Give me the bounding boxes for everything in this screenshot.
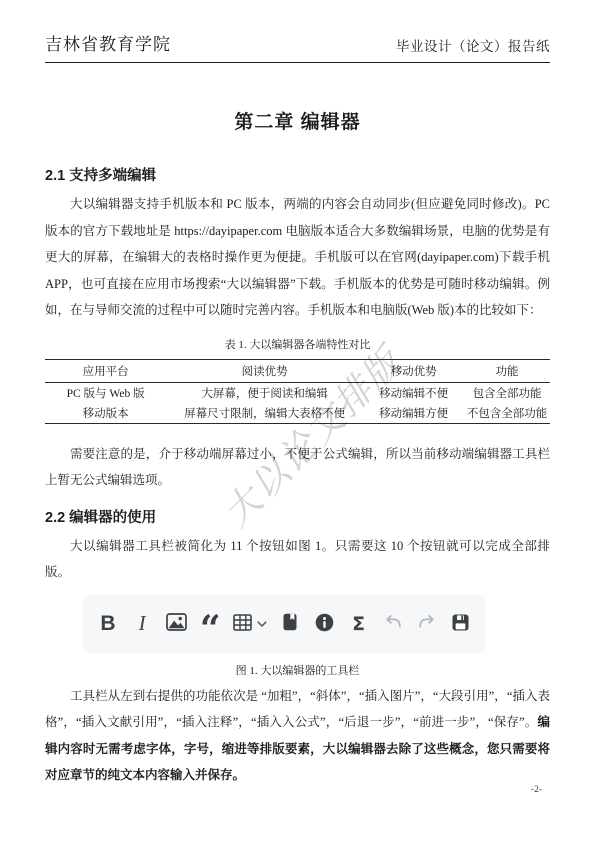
bold-button[interactable]: B <box>97 609 119 639</box>
cell-features: 包含全部功能 <box>464 382 550 403</box>
col-header-platform: 应用平台 <box>45 359 166 382</box>
chapter-title: 第二章 编辑器 <box>45 110 550 136</box>
save-button[interactable] <box>450 609 472 639</box>
cell-features: 不包含全部功能 <box>464 403 550 424</box>
quote-icon: “ <box>200 612 221 636</box>
institution-name: 吉林省教育学院 <box>45 30 171 55</box>
italic-button[interactable]: I <box>131 609 153 639</box>
col-header-reading: 阅读优势 <box>166 359 363 382</box>
insert-citation-button[interactable] <box>279 609 301 639</box>
italic-icon: I <box>139 611 146 636</box>
bold-icon: B <box>100 612 115 636</box>
table-row: 移动版本 屏幕尺寸限制，编辑大表格不便 移动编辑方便 不包含全部功能 <box>45 403 550 424</box>
insert-image-button[interactable] <box>165 609 187 639</box>
document-body: 第二章 编辑器 2.1 支持多端编辑 大以编辑器支持手机版本和 PC 版本，两端… <box>45 100 550 789</box>
report-page: 吉林省教育学院 毕业设计（论文）报告纸 大以论文排版 第二章 编辑器 2.1 支… <box>0 0 595 842</box>
editor-toolbar-screenshot: B I “ <box>83 595 486 653</box>
figure-1: B I “ <box>45 595 550 678</box>
section-2-1-paragraph-2: 需要注意的是，介于移动端屏幕过小，不便于公式编辑，所以当前移动端编辑器工具栏上暂… <box>45 441 550 494</box>
blockquote-button[interactable]: “ <box>199 609 221 639</box>
redo-button[interactable] <box>416 609 438 639</box>
table-1-block: 表 1. 大以编辑器各端特性对比 应用平台 阅读优势 移动优势 功能 PC 版与… <box>45 336 550 424</box>
col-header-mobility: 移动优势 <box>363 359 464 382</box>
col-header-features: 功能 <box>464 359 550 382</box>
figure-1-caption: 图 1. 大以编辑器的工具栏 <box>45 662 550 678</box>
section-2-2-heading: 2.2 编辑器的使用 <box>45 508 550 528</box>
insert-table-button[interactable] <box>233 609 267 639</box>
cell-reading: 屏幕尺寸限制，编辑大表格不便 <box>166 403 363 424</box>
cell-reading: 大屏幕，便于阅读和编辑 <box>166 382 363 403</box>
undo-icon <box>384 615 402 632</box>
paper-type-label: 毕业设计（论文）报告纸 <box>396 35 550 55</box>
undo-button[interactable] <box>382 609 404 639</box>
redo-icon <box>418 615 436 632</box>
image-icon <box>166 613 187 634</box>
sigma-icon: Σ <box>352 613 365 635</box>
section-2-1-heading: 2.1 支持多端编辑 <box>45 166 550 186</box>
section-2-2-paragraph-1: 大以编辑器工具栏被简化为 11 个按钮如图 1。只需要这 10 个按钮就可以完成… <box>45 533 550 586</box>
page-number: -2- <box>531 785 542 795</box>
insert-footnote-button[interactable] <box>314 609 336 639</box>
chevron-down-icon <box>257 616 267 631</box>
cell-platform: 移动版本 <box>45 403 166 424</box>
section-2-1-paragraph-1: 大以编辑器支持手机版本和 PC 版本，两端的内容会自动同步(但应避免同时修改)。… <box>45 191 550 324</box>
cell-mobility: 移动编辑方便 <box>363 403 464 424</box>
save-icon <box>452 614 469 634</box>
cell-platform: PC 版与 Web 版 <box>45 382 166 403</box>
book-bookmark-icon <box>283 613 297 634</box>
platform-comparison-table: 应用平台 阅读优势 移动优势 功能 PC 版与 Web 版 大屏幕，便于阅读和编… <box>45 359 550 424</box>
page-header: 吉林省教育学院 毕业设计（论文）报告纸 <box>45 30 550 63</box>
section-2-2-paragraph-2: 工具栏从左到右提供的功能依次是 “加粗”，“斜体”，“插入图片”，“大段引用”，… <box>45 683 550 789</box>
insert-formula-button[interactable]: Σ <box>348 609 370 639</box>
table-1-caption: 表 1. 大以编辑器各端特性对比 <box>45 336 550 352</box>
table-row: PC 版与 Web 版 大屏幕，便于阅读和编辑 移动编辑不便 包含全部功能 <box>45 382 550 403</box>
toolbar-functions-text: 工具栏从左到右提供的功能依次是 “加粗”，“斜体”，“插入图片”，“大段引用”，… <box>45 689 550 730</box>
table-icon <box>233 614 252 634</box>
table-header-row: 应用平台 阅读优势 移动优势 功能 <box>45 359 550 382</box>
info-icon <box>315 613 334 635</box>
cell-mobility: 移动编辑不便 <box>363 382 464 403</box>
